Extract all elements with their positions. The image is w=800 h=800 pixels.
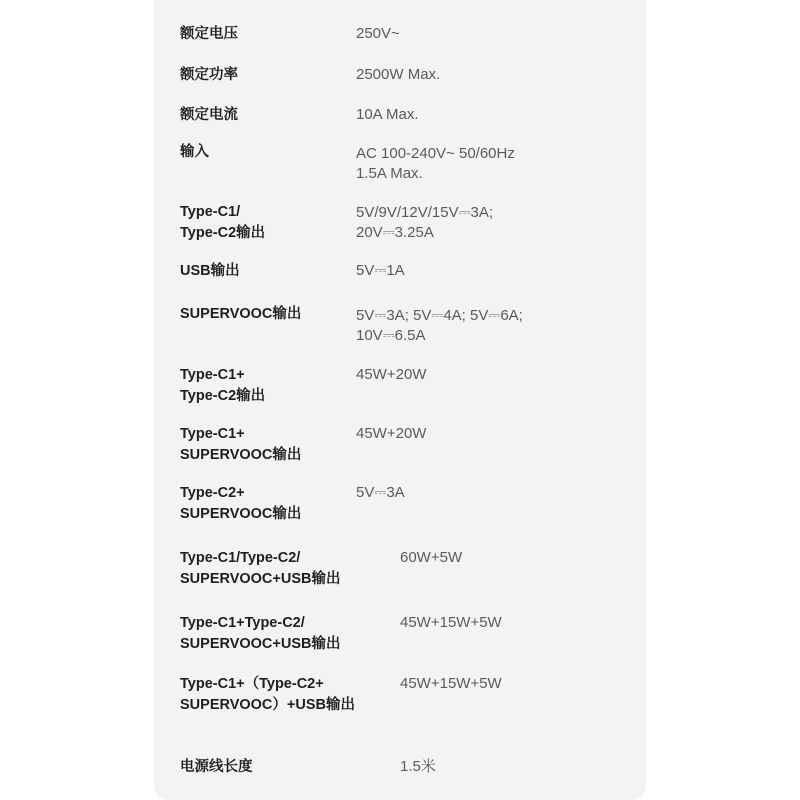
spec-label: 额定功率	[180, 65, 238, 86]
spec-value: 45W+20W	[356, 424, 426, 444]
spec-value: 10A Max.	[356, 105, 419, 125]
spec-label: 输入	[180, 142, 209, 163]
spec-label: Type-C2+ SUPERVOOC输出	[180, 483, 301, 525]
spec-value: 45W+15W+5W	[400, 674, 502, 694]
spec-value: 5V/9V/12V/15V⎓3A; 20V⎓3.25A	[356, 203, 493, 243]
spec-label: 电源线长度	[180, 757, 253, 778]
spec-card: 额定电压 250V~ 额定功率 2500W Max. 额定电流 10A Max.…	[154, 0, 646, 800]
spec-value: AC 100-240V~ 50/60Hz 1.5A Max.	[356, 144, 515, 184]
spec-value: 45W+15W+5W	[400, 613, 502, 633]
spec-value: 5V⎓1A	[356, 261, 405, 281]
spec-value: 1.5米	[400, 757, 436, 777]
spec-label: 额定电流	[180, 105, 238, 126]
spec-value: 5V⎓3A	[356, 483, 405, 503]
spec-label: Type-C1+（Type-C2+ SUPERVOOC）+USB输出	[180, 674, 355, 716]
spec-label: 额定电压	[180, 24, 238, 45]
spec-label: Type-C1/Type-C2/ SUPERVOOC+USB输出	[180, 548, 340, 590]
spec-value: 60W+5W	[400, 548, 462, 568]
spec-value: 2500W Max.	[356, 65, 440, 85]
spec-label: SUPERVOOC输出	[180, 304, 301, 325]
spec-value: 45W+20W	[356, 365, 426, 385]
spec-label: USB输出	[180, 261, 240, 282]
spec-label: Type-C1/ Type-C2输出	[180, 202, 265, 244]
spec-label: Type-C1+ SUPERVOOC输出	[180, 424, 301, 466]
spec-value: 5V⎓3A; 5V⎓4A; 5V⎓6A; 10V⎓6.5A	[356, 306, 523, 346]
spec-value: 250V~	[356, 24, 400, 44]
spec-label: Type-C1+ Type-C2输出	[180, 365, 265, 407]
spec-label: Type-C1+Type-C2/ SUPERVOOC+USB输出	[180, 613, 340, 655]
